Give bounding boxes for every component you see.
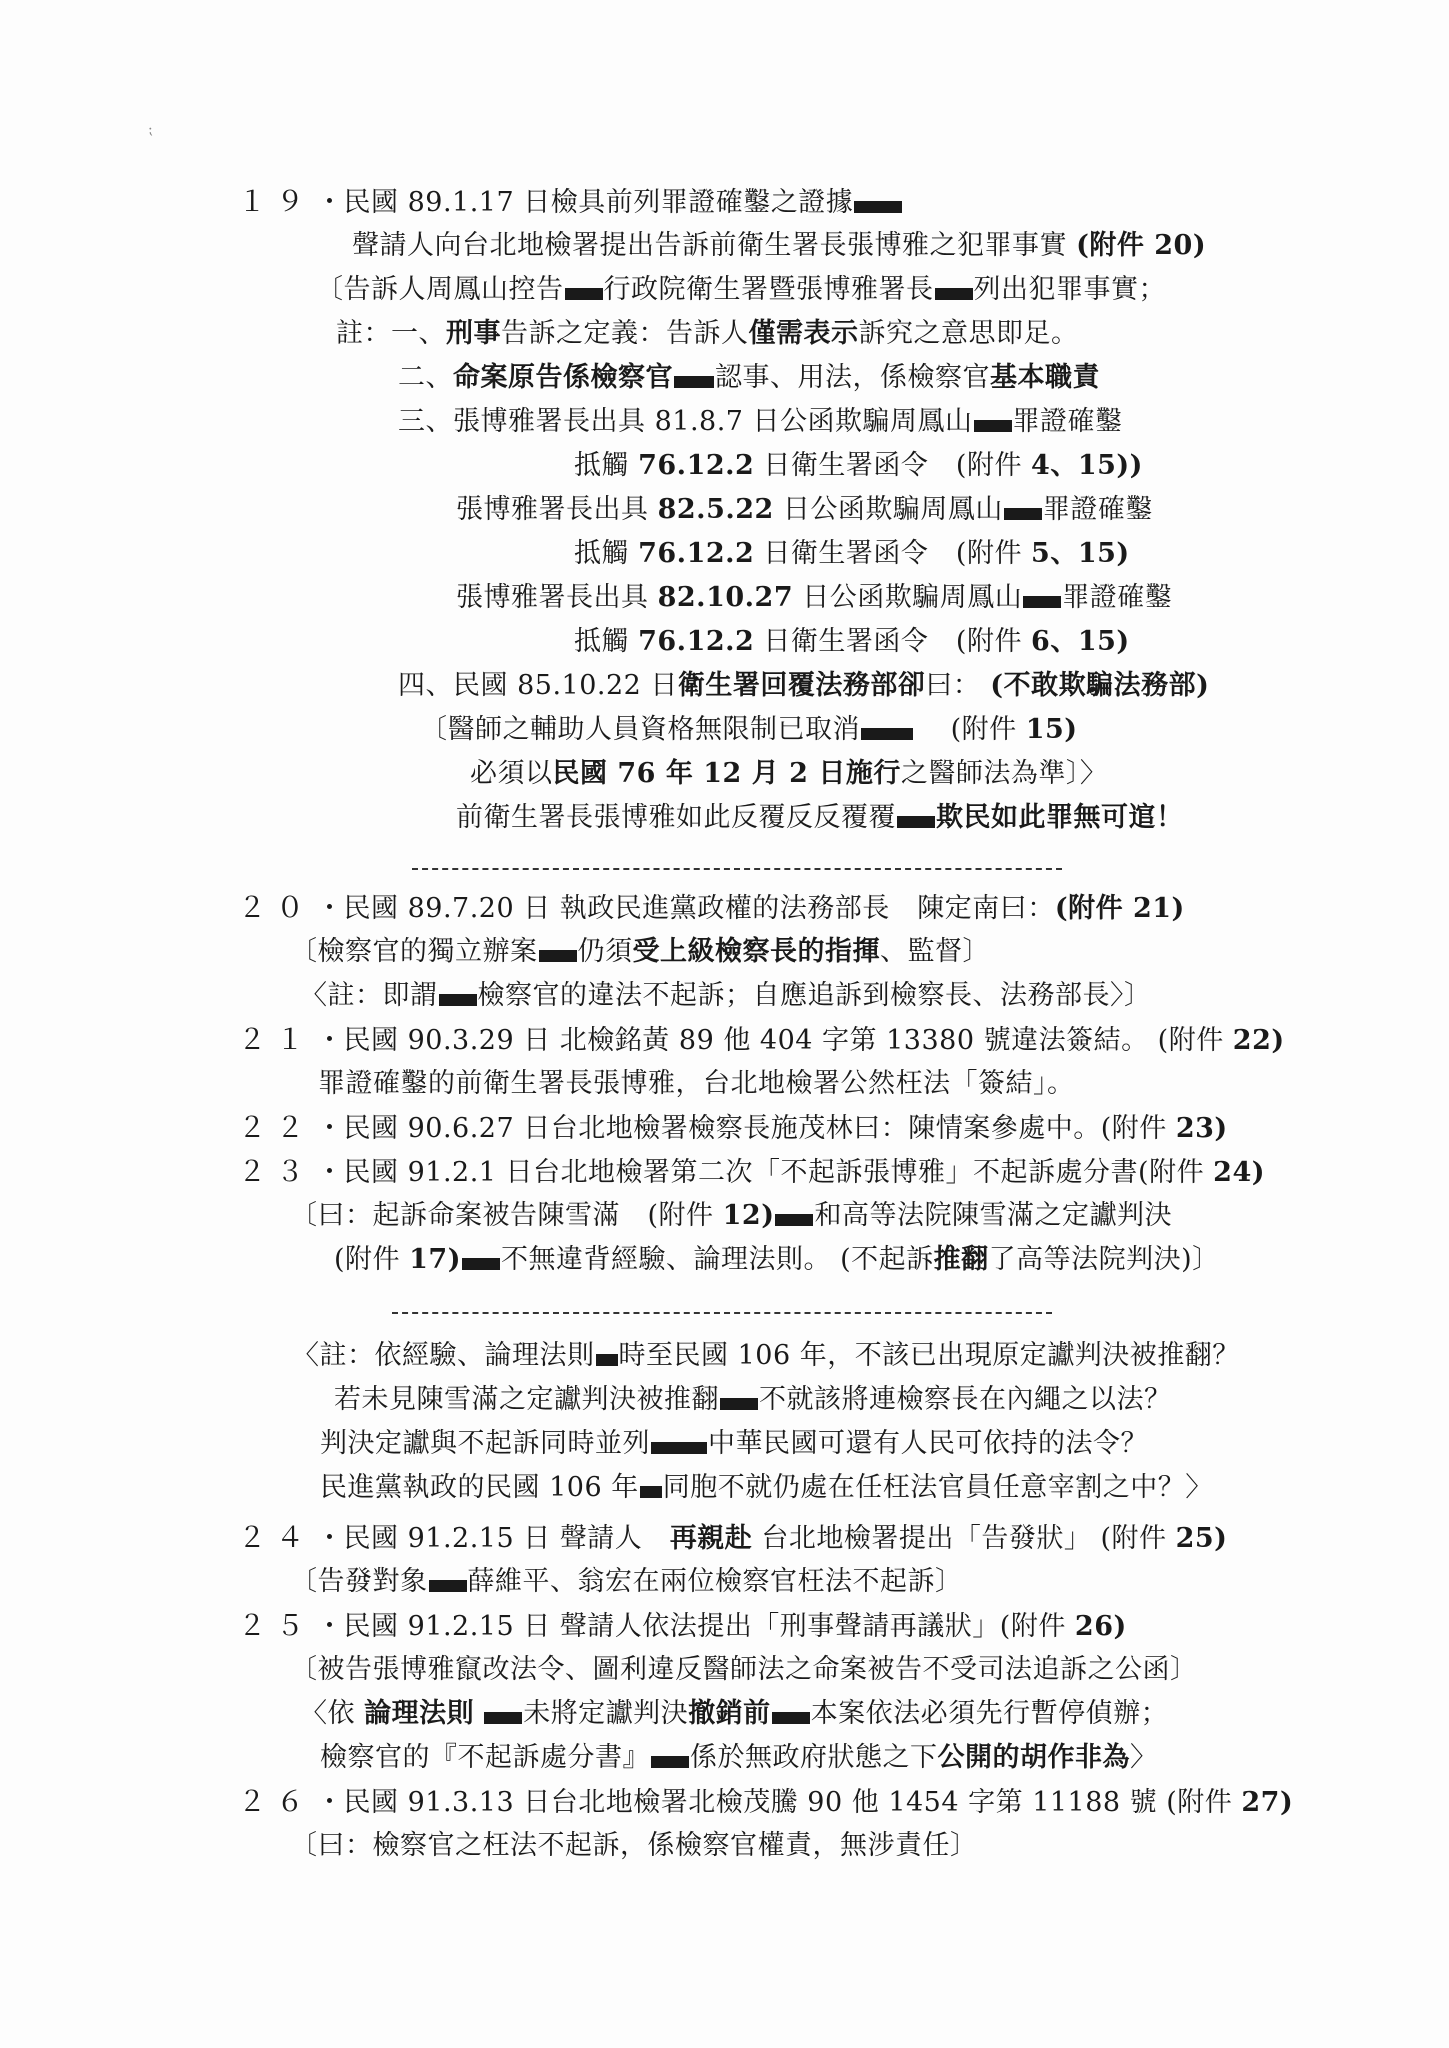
- text: 抵觸: [574, 450, 638, 481]
- bold-text: 76.12.2: [638, 626, 754, 657]
- text: 、監督〕: [880, 936, 990, 967]
- text: 本案依法必須先行暫停偵辦；: [811, 1698, 1169, 1729]
- text: 〈依: [300, 1698, 364, 1729]
- text: 民進黨執政的民國 106 年: [320, 1472, 639, 1503]
- item-23-note-4: 民進黨執政的民國 106 年同胞不就仍處在任枉法官員任意宰割之中？〉: [320, 1468, 1213, 1508]
- text: 不就該將連檢察長在內繩之以法？: [759, 1384, 1172, 1415]
- text: ・民國 90.3.29 日 北檢銘黃 89 他 404 字第 13380 號違法…: [316, 1025, 1233, 1056]
- text-runs: ・民國 91.2.15 日 聲請人依法提出「刑事聲請再議狀」(附件 26): [316, 1611, 1127, 1642]
- bold-text: 基本職責: [990, 362, 1100, 393]
- item-number: ２３: [238, 1152, 316, 1192]
- redaction-bar: [720, 1398, 758, 1410]
- bold-text: (不敢欺騙法務部): [980, 670, 1209, 701]
- bold-text: 再親赴: [670, 1523, 753, 1554]
- text: [474, 1698, 483, 1729]
- bold-text: 4、15)): [1031, 450, 1143, 481]
- text: (附件: [334, 1244, 409, 1275]
- text: 告訴之定義：告訴人: [501, 318, 749, 349]
- redaction-bar: [651, 1756, 689, 1768]
- item-19-line-1: １９・民國 89.1.17 日檢具前列罪證確鑿之證據: [238, 182, 903, 223]
- text-runs: ・民國 90.6.27 日台北地檢署檢察長施茂林曰：陳情案參處中。(附件 23): [316, 1113, 1228, 1144]
- item-19-line-2: 聲請人向台北地檢署提出告訴前衛生署長張博雅之犯罪事實 (附件 20): [352, 226, 1206, 266]
- text: 薛維平、翁宏在兩位檢察官枉法不起訴〕: [468, 1566, 963, 1597]
- text: 了高等法院判決)〕: [989, 1244, 1220, 1275]
- text: ・民國 90.6.27 日台北地檢署檢察長施茂林曰：陳情案參處中。(附件: [316, 1113, 1176, 1144]
- text-runs: 〔被告張博雅竄改法令、圖利違反醫師法之命案被告不受司法追訴之公函〕: [290, 1654, 1198, 1685]
- text: 檢察官的『不起訴處分書』: [320, 1742, 650, 1773]
- item-19-note-3d: 張博雅署長出具 82.10.27 日公函欺騙周鳳山罪證確鑿: [456, 578, 1172, 618]
- item-23-line-2: 〔曰：起訴命案被告陳雪滿 (附件 12)和高等法院陳雪滿之定讞判決: [290, 1196, 1172, 1236]
- text: 〉: [1130, 1742, 1158, 1773]
- item-23-note-3: 判決定讞與不起訴同時並列中華民國可還有人民可依持的法令？: [320, 1424, 1148, 1464]
- item-25-line-2: 〔被告張博雅竄改法令、圖利違反醫師法之命案被告不受司法追訴之公函〕: [290, 1650, 1198, 1690]
- text-runs: 判決定讞與不起訴同時並列中華民國可還有人民可依持的法令？: [320, 1428, 1148, 1459]
- item-number: ２４: [238, 1518, 316, 1558]
- text-runs: ・民國 89.7.20 日 執政民進黨政權的法務部長 陳定南曰：(附件 21): [316, 893, 1185, 924]
- redaction-bar: [772, 1712, 810, 1724]
- text: 判決定讞與不起訴同時並列: [320, 1428, 650, 1459]
- bold-text: 衛生署回覆法務部卻: [678, 670, 926, 701]
- text-runs: 罪證確鑿的前衛生署長張博雅，台北地檢署公然枉法「簽結」。: [318, 1068, 1075, 1099]
- text: 〔曰：起訴命案被告陳雪滿 (附件: [290, 1200, 723, 1231]
- text-runs: ・民國 91.3.13 日台北地檢署北檢茂騰 90 他 1454 字第 1118…: [316, 1787, 1293, 1818]
- item-number: ２５: [238, 1606, 316, 1646]
- text-runs: 〔曰：起訴命案被告陳雪滿 (附件 12)和高等法院陳雪滿之定讞判決: [290, 1200, 1172, 1231]
- item-19-note-3a: 抵觸 76.12.2 日衛生署函令 (附件 4、15)): [574, 446, 1143, 486]
- item-25-line-3: 〈依 論理法則 未將定讞判決撤銷前本案依法必須先行暫停偵辦；: [300, 1694, 1168, 1734]
- item-20-line-2: 〔檢察官的獨立辦案仍須受上級檢察長的指揮、監督〕: [290, 932, 990, 972]
- text: (附件: [914, 714, 1026, 745]
- text: 訴究之意思即足。: [859, 318, 1079, 349]
- item-22-line-1: ２２・民國 90.6.27 日台北地檢署檢察長施茂林曰：陳情案參處中。(附件 2…: [238, 1108, 1228, 1149]
- text: 〔曰：檢察官之枉法不起訴，係檢察官權責，無涉責任〕: [290, 1830, 978, 1861]
- text: 檢察官的違法不起訴；自應追訴到檢察長、法務部長〉〕: [478, 980, 1152, 1011]
- bold-text: 26): [1075, 1611, 1127, 1642]
- text: 日衛生署函令 (附件: [754, 450, 1031, 481]
- text: 罪證確鑿的前衛生署長張博雅，台北地檢署公然枉法「簽結」。: [318, 1068, 1075, 1099]
- bold-text: 推翻: [934, 1244, 989, 1275]
- text-runs: ・民國 91.2.15 日 聲請人 再親赴 台北地檢署提出「告發狀」 (附件 2…: [316, 1523, 1227, 1554]
- item-20-line-3: 〈註：即謂檢察官的違法不起訴；自應追訴到檢察長、法務部長〉〕: [300, 976, 1152, 1016]
- text: 張博雅署長出具: [456, 494, 658, 525]
- text-runs: 張博雅署長出具 82.10.27 日公函欺騙周鳳山罪證確鑿: [456, 582, 1172, 613]
- item-19-note-1: 註：一、刑事告訴之定義：告訴人僅需表示訴究之意思即足。: [336, 314, 1079, 354]
- redaction-bar: [596, 1354, 618, 1366]
- text: 同胞不就仍處在任枉法官員任意宰割之中？〉: [663, 1472, 1213, 1503]
- item-number: １９: [238, 182, 316, 222]
- redaction-bar: [565, 288, 603, 300]
- text-runs: 抵觸 76.12.2 日衛生署函令 (附件 4、15)): [574, 450, 1143, 481]
- text: 罪證確鑿: [1062, 582, 1172, 613]
- text: 認事、用法，係檢察官: [715, 362, 990, 393]
- bold-text: 5、15): [1031, 538, 1130, 569]
- text: 日衛生署函令 (附件: [754, 538, 1031, 569]
- redaction-bar: [854, 201, 902, 213]
- text-runs: 四、民國 85.10.22 日衛生署回覆法務部卻曰： (不敢欺騙法務部): [398, 670, 1209, 701]
- redaction-bar: [861, 728, 913, 740]
- text: 時至民國 106 年，不該已出現原定讞判決被推翻？: [619, 1340, 1240, 1371]
- text-runs: 〔告發對象薛維平、翁宏在兩位檢察官枉法不起訴〕: [290, 1566, 963, 1597]
- item-21-line-2: 罪證確鑿的前衛生署長張博雅，台北地檢署公然枉法「簽結」。: [318, 1064, 1075, 1104]
- bold-text: 刑事: [446, 318, 501, 349]
- text: ・民國 91.3.13 日台北地檢署北檢茂騰 90 他 1454 字第 1118…: [316, 1787, 1241, 1818]
- item-25-line-1: ２５・民國 91.2.15 日 聲請人依法提出「刑事聲請再議狀」(附件 26): [238, 1606, 1127, 1647]
- bold-text: (附件 20): [1076, 230, 1206, 261]
- bold-text: 僅需表示: [749, 318, 859, 349]
- text: 聲請人向台北地檢署提出告訴前衛生署長張博雅之犯罪事實: [352, 230, 1076, 261]
- text: 抵觸: [574, 538, 638, 569]
- text-runs: ・民國 90.3.29 日 北檢銘黃 89 他 404 字第 13380 號違法…: [316, 1025, 1285, 1056]
- redaction-bar: [651, 1442, 707, 1454]
- item-25-line-4: 檢察官的『不起訴處分書』係於無政府狀態之下公開的胡作非為〉: [320, 1738, 1158, 1778]
- text-runs: 抵觸 76.12.2 日衛生署函令 (附件 5、15): [574, 538, 1130, 569]
- item-23-note-2: 若未見陳雪滿之定讞判決被推翻不就該將連檢察長在內繩之以法？: [334, 1380, 1172, 1420]
- bold-text: 撤銷前: [688, 1698, 771, 1729]
- text: 未將定讞判決: [523, 1698, 688, 1729]
- text: 日衛生署函令 (附件: [754, 626, 1031, 657]
- bold-text: 12): [723, 1200, 775, 1231]
- text: ・民國 89.7.20 日 執政民進黨政權的法務部長 陳定南曰：: [316, 893, 1055, 924]
- text-runs: 聲請人向台北地檢署提出告訴前衛生署長張博雅之犯罪事實 (附件 20): [352, 230, 1206, 261]
- item-19-line-3: 〔告訴人周鳳山控告行政院衛生署暨張博雅署長列出犯罪事實；: [316, 270, 1166, 310]
- redaction-bar: [897, 816, 935, 828]
- text-runs: 前衛生署長張博雅如此反覆反反覆覆欺民如此罪無可逭！: [456, 802, 1184, 833]
- text-runs: 抵觸 76.12.2 日衛生署函令 (附件 6、15): [574, 626, 1130, 657]
- text-runs: 張博雅署長出具 82.5.22 日公函欺騙周鳳山罪證確鑿: [456, 494, 1153, 525]
- text: 三、張博雅署長出具 81.8.7 日公函欺騙周鳳山: [398, 406, 973, 437]
- text: 〔告發對象: [290, 1566, 428, 1597]
- text: 行政院衛生署暨張博雅署長: [604, 274, 934, 305]
- item-26-line-2: 〔曰：檢察官之枉法不起訴，係檢察官權責，無涉責任〕: [290, 1826, 978, 1866]
- redaction-bar: [974, 420, 1012, 432]
- text: 台北地檢署提出「告發狀」 (附件: [752, 1523, 1175, 1554]
- text: ・民國 91.2.1 日台北地檢署第二次「不起訴張博雅」不起訴處分書(附件: [316, 1157, 1213, 1188]
- text-runs: 〔醫師之輔助人員資格無限制已取消 (附件 15): [420, 714, 1078, 745]
- text-runs: 必須以民國 76 年 12 月 2 日施行之醫師法為準〕〉: [470, 758, 1107, 789]
- item-19-note-4c: 前衛生署長張博雅如此反覆反反覆覆欺民如此罪無可逭！: [456, 798, 1184, 838]
- text-runs: (附件 17)不無違背經驗、論理法則。 (不起訴推翻了高等法院判決)〕: [334, 1244, 1220, 1275]
- item-24-line-2: 〔告發對象薛維平、翁宏在兩位檢察官枉法不起訴〕: [290, 1562, 963, 1602]
- text: 張博雅署長出具: [456, 582, 658, 613]
- bold-text: 23): [1176, 1113, 1228, 1144]
- text: 之醫師法為準〕〉: [901, 758, 1108, 789]
- item-21-line-1: ２１・民國 90.3.29 日 北檢銘黃 89 他 404 字第 13380 號…: [238, 1020, 1285, 1061]
- text-runs: 二、命案原告係檢察官認事、用法，係檢察官基本職責: [398, 362, 1100, 393]
- text: 日公函欺騙周鳳山: [774, 494, 1003, 525]
- item-19-note-3b: 張博雅署長出具 82.5.22 日公函欺騙周鳳山罪證確鑿: [456, 490, 1153, 530]
- text: 必須以: [470, 758, 553, 789]
- bold-text: 82.10.27: [658, 582, 794, 613]
- bold-text: 22): [1233, 1025, 1285, 1056]
- text-runs: ・民國 91.2.1 日台北地檢署第二次「不起訴張博雅」不起訴處分書(附件 24…: [316, 1157, 1265, 1188]
- text: 四、民國 85.10.22 日: [398, 670, 678, 701]
- text: 註：一、: [336, 318, 446, 349]
- item-23-line-3: (附件 17)不無違背經驗、論理法則。 (不起訴推翻了高等法院判決)〕: [334, 1240, 1220, 1280]
- text: 〔被告張博雅竄改法令、圖利違反醫師法之命案被告不受司法追訴之公函〕: [290, 1654, 1198, 1685]
- text: 罪證確鑿: [1043, 494, 1153, 525]
- item-number: ２６: [238, 1782, 316, 1822]
- text: 日公函欺騙周鳳山: [793, 582, 1022, 613]
- text-runs: 註：一、刑事告訴之定義：告訴人僅需表示訴究之意思即足。: [336, 318, 1079, 349]
- redaction-bar: [640, 1486, 662, 1498]
- redaction-bar: [462, 1258, 500, 1270]
- text: 不無違背經驗、論理法則。 (不起訴: [501, 1244, 934, 1275]
- item-19-note-3c: 抵觸 76.12.2 日衛生署函令 (附件 5、15): [574, 534, 1130, 574]
- item-19-note-3: 三、張博雅署長出具 81.8.7 日公函欺騙周鳳山罪證確鑿: [398, 402, 1123, 442]
- redaction-bar: [1004, 508, 1042, 520]
- text: 〔檢察官的獨立辦案: [290, 936, 538, 967]
- bold-text: 欺民如此罪無可逭！: [936, 802, 1184, 833]
- text: 係於無政府狀態之下: [690, 1742, 938, 1773]
- item-23-note-1: 〈註：依經驗、論理法則時至民國 106 年，不該已出現原定讞判決被推翻？: [292, 1336, 1240, 1376]
- item-number: ２２: [238, 1108, 316, 1148]
- bold-text: (附件 21): [1055, 893, 1185, 924]
- text: 列出犯罪事實；: [974, 274, 1167, 305]
- redaction-bar: [439, 994, 477, 1006]
- scan-speck: ⁏: [148, 122, 153, 138]
- redaction-bar: [484, 1712, 522, 1724]
- section-divider: [392, 1312, 1052, 1314]
- text-runs: 民進黨執政的民國 106 年同胞不就仍處在任枉法官員任意宰割之中？〉: [320, 1472, 1213, 1503]
- item-number: ２１: [238, 1020, 316, 1060]
- text: 仍須: [578, 936, 633, 967]
- text-runs: 〈依 論理法則 未將定讞判決撤銷前本案依法必須先行暫停偵辦；: [300, 1698, 1168, 1729]
- text-runs: 三、張博雅署長出具 81.8.7 日公函欺騙周鳳山罪證確鑿: [398, 406, 1123, 437]
- bold-text: 27): [1241, 1787, 1293, 1818]
- text-runs: 若未見陳雪滿之定讞判決被推翻不就該將連檢察長在內繩之以法？: [334, 1384, 1172, 1415]
- text: 前衛生署長張博雅如此反覆反反覆覆: [456, 802, 896, 833]
- bold-text: 命案原告係檢察官: [453, 362, 673, 393]
- bold-text: 17): [409, 1244, 461, 1275]
- bold-text: 論理法則: [364, 1698, 474, 1729]
- text: 〈註：即謂: [300, 980, 438, 1011]
- text-runs: 〈註：依經驗、論理法則時至民國 106 年，不該已出現原定讞判決被推翻？: [292, 1340, 1240, 1371]
- redaction-bar: [539, 950, 577, 962]
- text: 罪證確鑿: [1013, 406, 1123, 437]
- bold-text: 民國 76 年 12 月 2 日施行: [553, 758, 901, 789]
- text: 抵觸: [574, 626, 638, 657]
- bold-text: 82.5.22: [658, 494, 774, 525]
- redaction-bar: [1023, 596, 1061, 608]
- item-20-line-1: ２０・民國 89.7.20 日 執政民進黨政權的法務部長 陳定南曰：(附件 21…: [238, 888, 1185, 929]
- item-23-line-1: ２３・民國 91.2.1 日台北地檢署第二次「不起訴張博雅」不起訴處分書(附件 …: [238, 1152, 1265, 1193]
- text: 〔告訴人周鳳山控告: [316, 274, 564, 305]
- bold-text: 76.12.2: [638, 538, 754, 569]
- bold-text: 6、15): [1031, 626, 1130, 657]
- bold-text: 公開的胡作非為: [938, 1742, 1131, 1773]
- bold-text: 15): [1026, 714, 1078, 745]
- item-19-note-4: 四、民國 85.10.22 日衛生署回覆法務部卻曰： (不敢欺騙法務部): [398, 666, 1209, 706]
- bold-text: 76.12.2: [638, 450, 754, 481]
- bold-text: 24): [1213, 1157, 1265, 1188]
- bold-text: 25): [1176, 1523, 1228, 1554]
- text-runs: ・民國 89.1.17 日檢具前列罪證確鑿之證據: [316, 187, 903, 218]
- item-26-line-1: ２６・民國 91.3.13 日台北地檢署北檢茂騰 90 他 1454 字第 11…: [238, 1782, 1293, 1823]
- text: ・民國 91.2.15 日 聲請人依法提出「刑事聲請再議狀」(附件: [316, 1611, 1075, 1642]
- text-runs: 〔曰：檢察官之枉法不起訴，係檢察官權責，無涉責任〕: [290, 1830, 978, 1861]
- redaction-bar: [674, 376, 714, 388]
- bold-text: 受上級檢察長的指揮: [633, 936, 881, 967]
- redaction-bar: [429, 1580, 467, 1592]
- text: ・民國 89.1.17 日檢具前列罪證確鑿之證據: [316, 187, 853, 218]
- text: 二、: [398, 362, 453, 393]
- item-19-note-2: 二、命案原告係檢察官認事、用法，係檢察官基本職責: [398, 358, 1100, 398]
- text: ・民國 91.2.15 日 聲請人: [316, 1523, 670, 1554]
- text-runs: 〈註：即謂檢察官的違法不起訴；自應追訴到檢察長、法務部長〉〕: [300, 980, 1152, 1011]
- text-runs: 〔檢察官的獨立辦案仍須受上級檢察長的指揮、監督〕: [290, 936, 990, 967]
- text-runs: 〔告訴人周鳳山控告行政院衛生署暨張博雅署長列出犯罪事實；: [316, 274, 1166, 305]
- item-24-line-1: ２４・民國 91.2.15 日 聲請人 再親赴 台北地檢署提出「告發狀」 (附件…: [238, 1518, 1227, 1559]
- item-19-note-4a: 〔醫師之輔助人員資格無限制已取消 (附件 15): [420, 710, 1078, 750]
- text: 曰：: [925, 670, 980, 701]
- text: 和高等法院陳雪滿之定讞判決: [814, 1200, 1172, 1231]
- redaction-bar: [935, 288, 973, 300]
- document-page: ⁏ １９・民國 89.1.17 日檢具前列罪證確鑿之證據 聲請人向台北地檢署提出…: [0, 0, 1449, 2048]
- section-divider: [412, 868, 1062, 870]
- text: 若未見陳雪滿之定讞判決被推翻: [334, 1384, 719, 1415]
- text: 〈註：依經驗、論理法則: [292, 1340, 595, 1371]
- item-19-note-3e: 抵觸 76.12.2 日衛生署函令 (附件 6、15): [574, 622, 1130, 662]
- item-19-note-4b: 必須以民國 76 年 12 月 2 日施行之醫師法為準〕〉: [470, 754, 1107, 794]
- text: 中華民國可還有人民可依持的法令？: [708, 1428, 1148, 1459]
- redaction-bar: [775, 1214, 813, 1226]
- item-number: ２０: [238, 888, 316, 928]
- text: 〔醫師之輔助人員資格無限制已取消: [420, 714, 860, 745]
- text-runs: 檢察官的『不起訴處分書』係於無政府狀態之下公開的胡作非為〉: [320, 1742, 1158, 1773]
